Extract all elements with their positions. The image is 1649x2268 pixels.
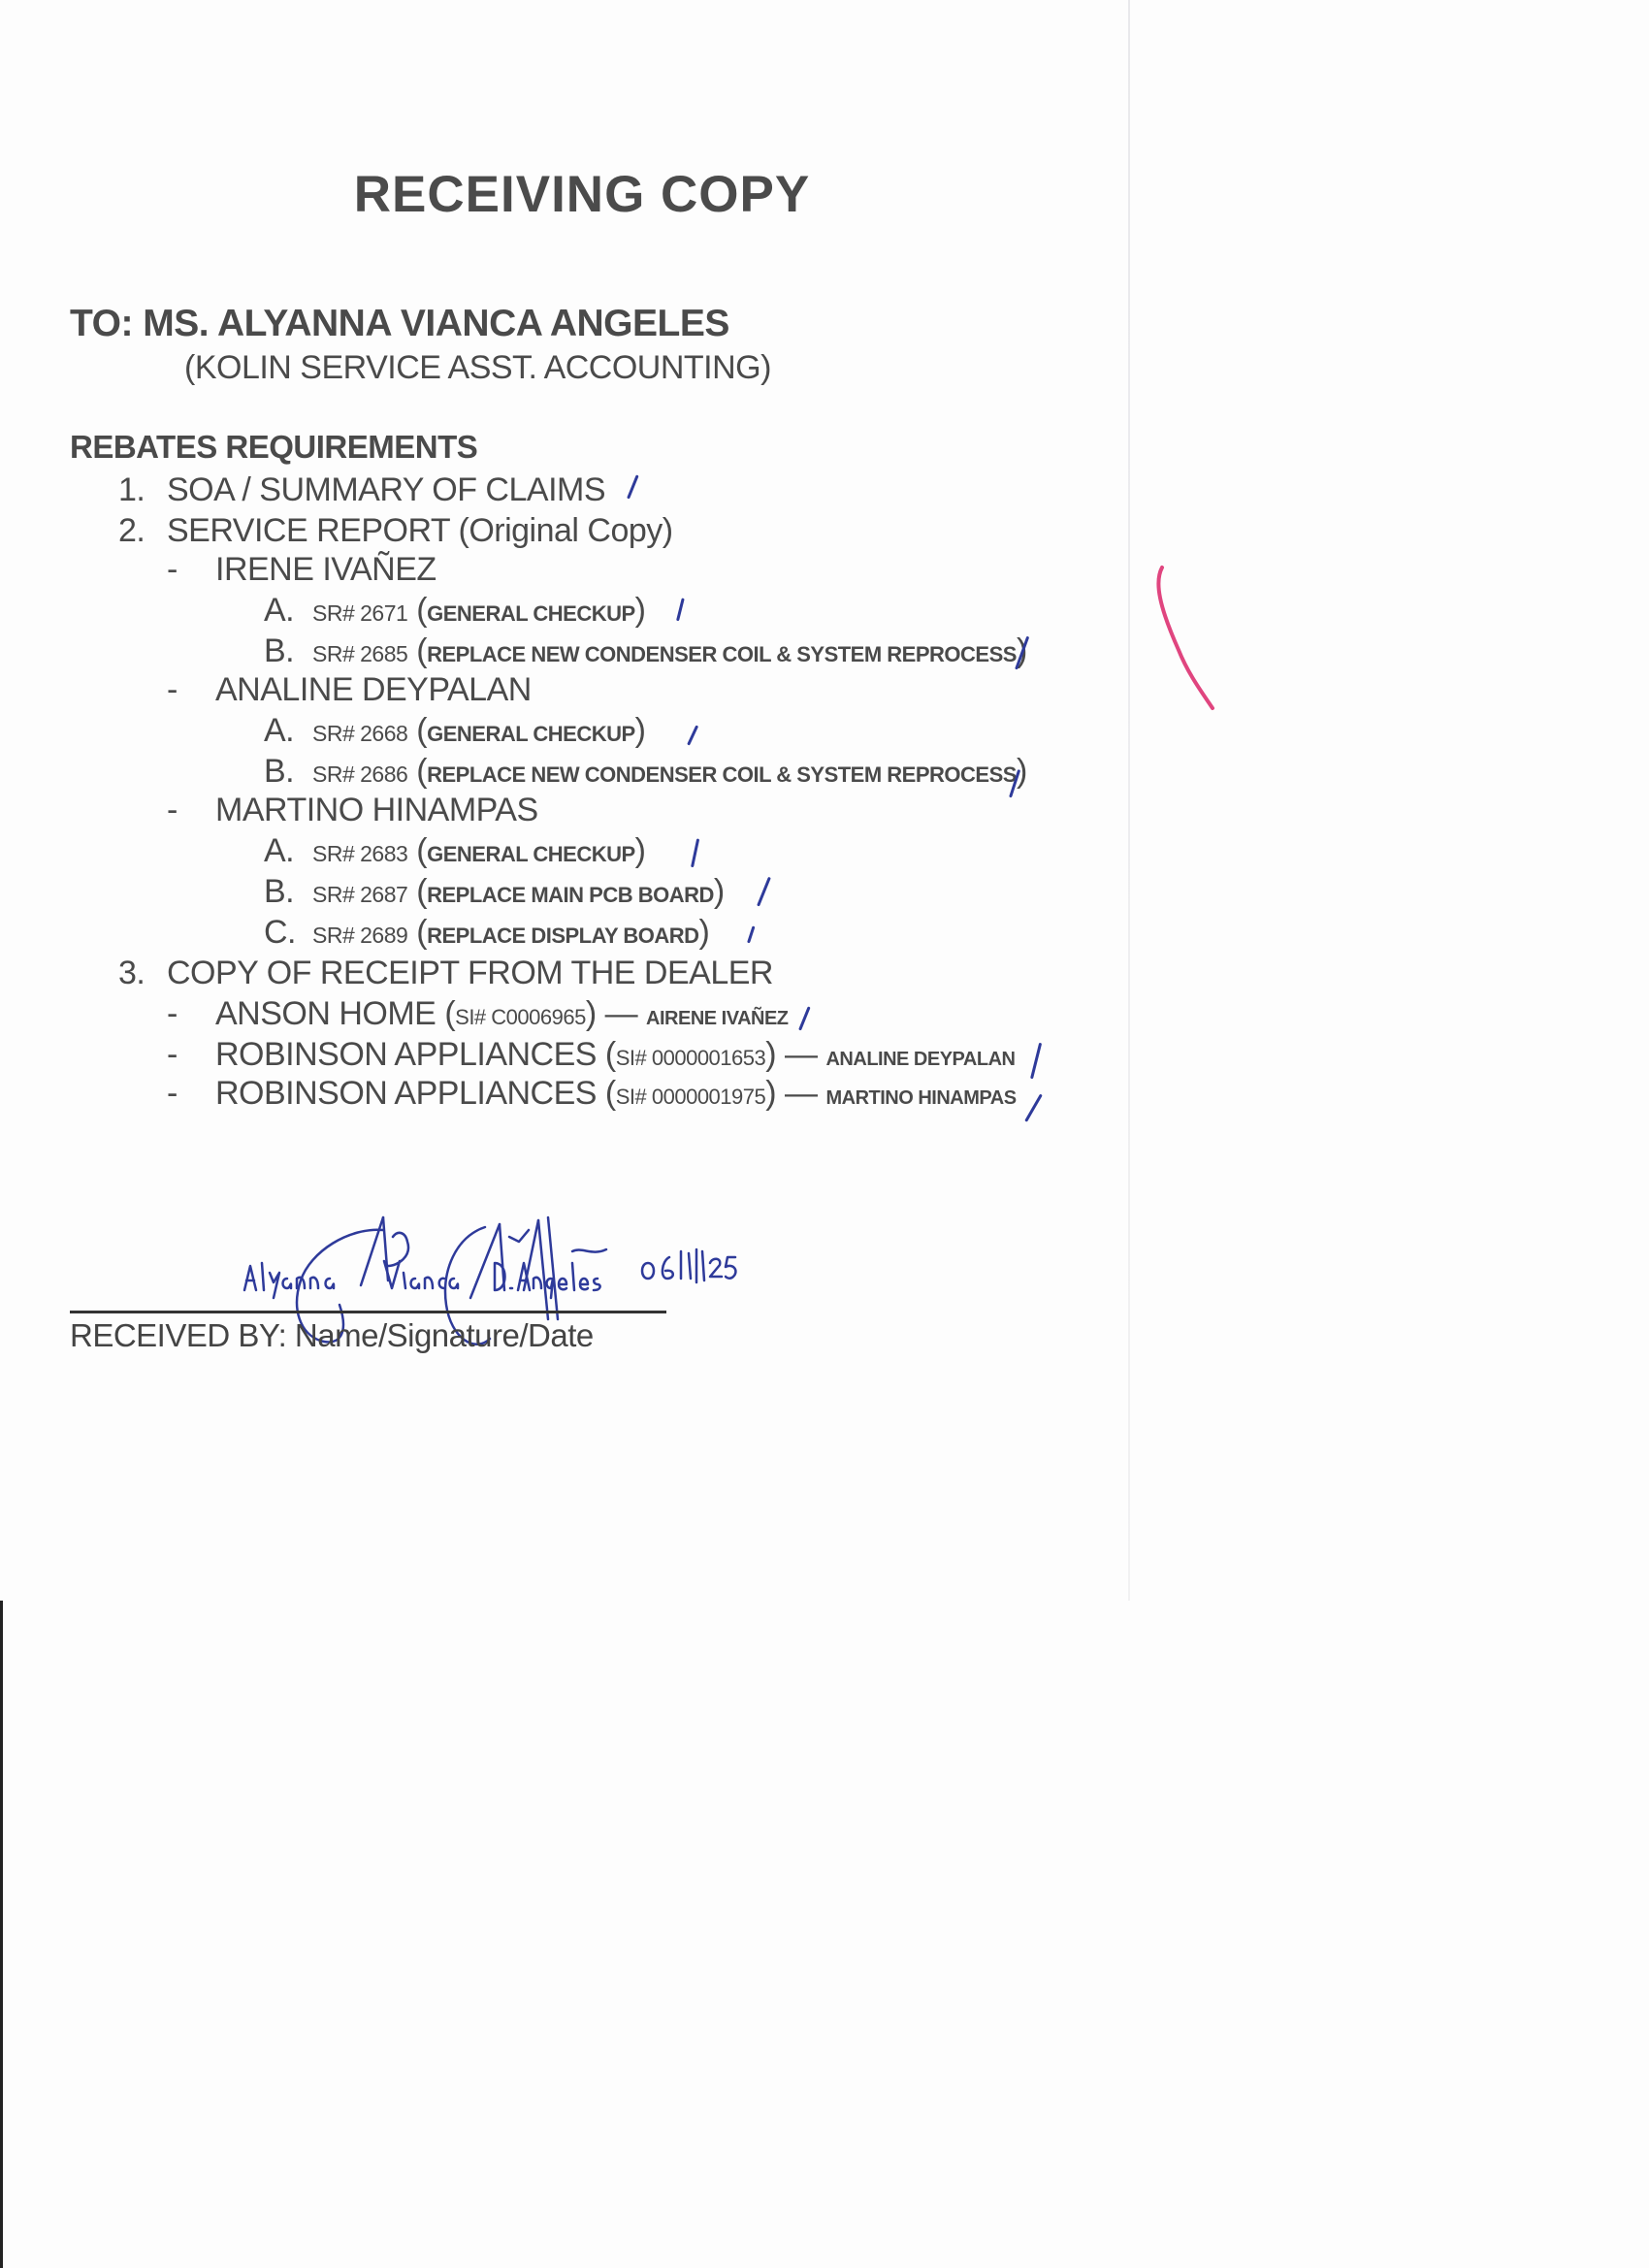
highlighter-mark — [1158, 567, 1212, 708]
handwritten-signature — [0, 0, 1649, 2268]
signature-line — [70, 1311, 666, 1313]
received-by-label: RECEIVED BY: Name/Signature/Date — [70, 1317, 594, 1354]
